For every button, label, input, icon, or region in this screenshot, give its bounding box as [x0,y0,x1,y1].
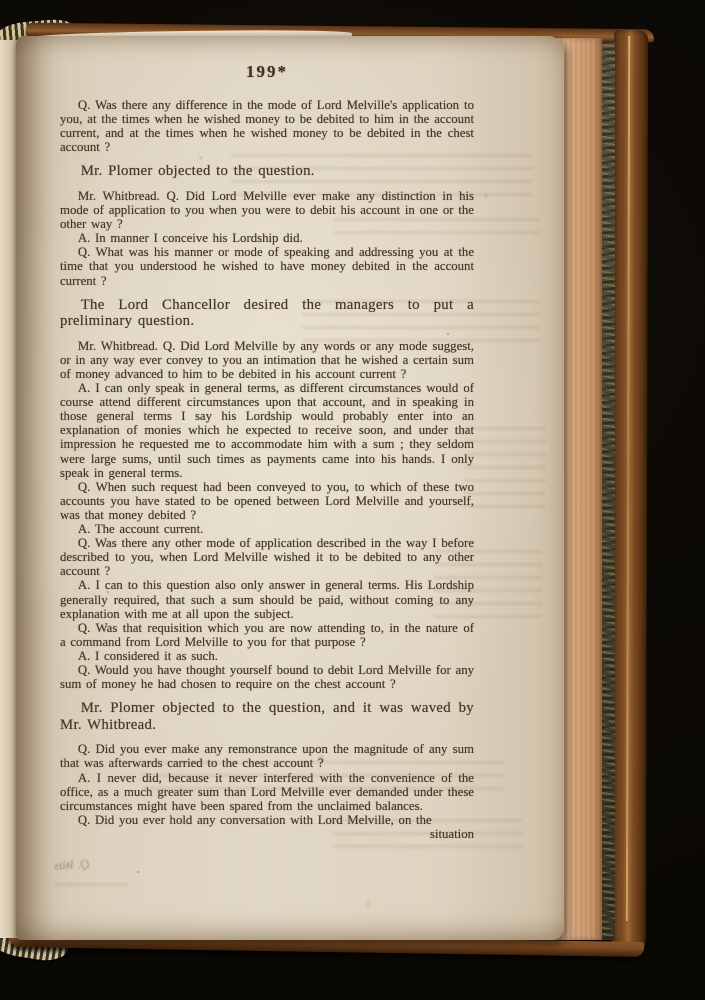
qa-paragraph: Mr. Whitbread. Q. Did Lord Melville ever… [60,189,474,231]
qa-paragraph: Q. Would you have thought yourself bound… [60,663,474,691]
qa-paragraph: Q. Did you ever hold any conversation wi… [60,813,474,827]
qa-paragraph: Q. What was his manner or mode of speaki… [60,245,474,287]
show-through-text: Q. Was [54,857,90,873]
qa-paragraph: A. The account current. [60,522,474,536]
qa-paragraph: Q. When such request had been conveyed t… [60,480,474,522]
qa-paragraph: Q. Was there any other mode of applicati… [60,536,474,578]
qa-paragraph: Mr. Whitbread. Q. Did Lord Melville by a… [60,339,474,381]
book-page: 199* Q. Was there any difference in the … [16,36,564,940]
book-cover-right-edge [612,30,648,952]
qa-paragraph: A. I considered it as such. [60,649,474,663]
stage-direction-paragraph: The Lord Chancellor desired the managers… [60,297,474,330]
gold-fillet-line [626,36,630,921]
qa-paragraph: Q. Was that requisition which you are no… [60,621,474,649]
qa-paragraph: A. In manner I conceive his Lordship did… [60,231,474,245]
photo-background: 199* Q. Was there any difference in the … [0,0,705,1000]
catchword: situation [60,827,476,841]
stage-direction-paragraph: Mr. Plomer objected to the question, and… [60,700,474,733]
page-number: 199* [60,62,474,82]
qa-paragraph: A. I can only speak in general terms, as… [60,381,474,480]
page-text-block: 199* Q. Was there any difference in the … [16,36,564,841]
show-through-smudge [54,882,128,896]
qa-paragraph: A. I can to this question also only answ… [60,578,474,620]
stage-direction-paragraph: Mr. Plomer objected to the question. [60,163,474,180]
qa-paragraph: Q. Did you ever make any remonstrance up… [60,742,474,770]
qa-paragraph: A. I never did, because it never interfe… [60,771,474,813]
page-text: 199* Q. Was there any difference in the … [60,62,474,827]
qa-paragraph: Q. Was there any difference in the mode … [60,98,474,154]
